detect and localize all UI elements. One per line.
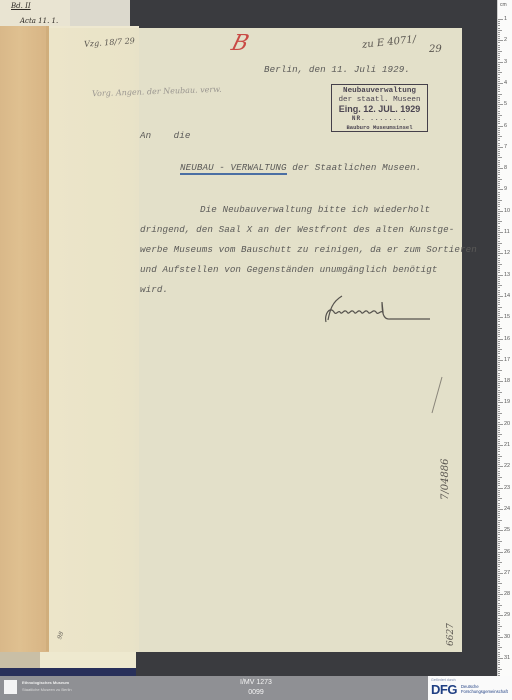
ruler-minor-tick <box>498 258 500 259</box>
ruler-minor-tick <box>498 183 500 184</box>
ruler-tick <box>498 381 503 382</box>
ruler-minor-tick <box>498 213 500 214</box>
recipient-underlined: NEUBAU - VERWALTUNG <box>180 162 287 175</box>
ruler-minor-tick <box>498 68 500 69</box>
ruler-minor-tick <box>498 145 500 146</box>
ruler-minor-tick <box>498 635 500 636</box>
ruler-minor-tick <box>498 81 500 82</box>
ruler-tick <box>498 168 503 169</box>
ruler-tick <box>498 530 503 531</box>
ruler-minor-tick <box>498 590 500 591</box>
ruler-minor-tick <box>498 417 500 418</box>
ruler-minor-tick <box>498 532 500 533</box>
ruler-tick <box>498 62 503 63</box>
stamp-number: NR. ........ <box>332 114 427 123</box>
ruler-minor-tick <box>498 398 500 399</box>
ruler-minor-tick <box>498 198 500 199</box>
ruler-minor-tick <box>498 209 500 210</box>
ruler-minor-tick <box>498 268 500 269</box>
ruler-minor-tick <box>498 603 500 604</box>
ruler-tick <box>498 360 503 361</box>
ruler-minor-tick <box>498 330 500 331</box>
ruler-minor-tick <box>498 228 500 229</box>
ruler-minor-tick <box>498 441 500 442</box>
ruler-tick <box>498 275 503 276</box>
ruler-minor-tick <box>498 277 500 278</box>
ruler-minor-tick <box>498 121 500 122</box>
ruler-number: 17 <box>504 357 510 363</box>
ruler-minor-tick <box>498 413 502 414</box>
ruler-minor-tick <box>498 155 500 156</box>
ruler-minor-tick <box>498 526 500 527</box>
ruler-minor-tick <box>498 556 500 557</box>
ruler-minor-tick <box>498 45 500 46</box>
ruler-minor-tick <box>498 77 500 78</box>
ruler-tick <box>498 552 503 553</box>
ruler-minor-tick <box>498 609 500 610</box>
ruler-number: 20 <box>504 421 510 427</box>
ruler-minor-tick <box>498 394 500 395</box>
ruler-minor-tick <box>498 387 500 388</box>
ruler-minor-tick <box>498 174 500 175</box>
ruler-minor-tick <box>498 543 500 544</box>
body-line-1: Die Neubauverwaltung bitte ich wiederhol… <box>200 204 430 215</box>
ruler-minor-tick <box>498 558 500 559</box>
ruler-tick <box>498 211 503 212</box>
ruler-minor-tick <box>498 632 500 633</box>
ruler-minor-tick <box>498 541 502 542</box>
ruler-minor-tick <box>498 70 500 71</box>
ruler-minor-tick <box>498 579 500 580</box>
ruler-minor-tick <box>498 405 500 406</box>
ruler-minor-tick <box>498 409 500 410</box>
ruler-minor-tick <box>498 200 502 201</box>
ruler-minor-tick <box>498 436 500 437</box>
body-line-3: werbe Museums vom Bauschutt zu reinigen,… <box>140 244 477 255</box>
pencil-stroke <box>430 375 444 415</box>
receipt-stamp: Neubauverwaltung der staatl. Museen Eing… <box>331 84 428 132</box>
ruler-minor-tick <box>498 345 500 346</box>
bottom-blue-edge <box>0 668 136 676</box>
ruler-minor-tick <box>498 477 502 478</box>
ruler-minor-tick <box>498 187 500 188</box>
ruler-minor-tick <box>498 583 502 584</box>
stamp-line-1: Neubauverwaltung <box>332 87 427 96</box>
ruler-minor-tick <box>498 490 500 491</box>
ruler-tick <box>498 594 503 595</box>
ruler-tick <box>498 317 503 318</box>
ruler-number: 11 <box>504 229 510 235</box>
ruler-minor-tick <box>498 315 500 316</box>
ruler-minor-tick <box>498 236 500 237</box>
ruler-minor-tick <box>498 373 500 374</box>
ruler-minor-tick <box>498 562 502 563</box>
ruler-minor-tick <box>498 311 500 312</box>
ruler-minor-tick <box>498 243 502 244</box>
ruler-minor-tick <box>498 241 500 242</box>
ruler-minor-tick <box>498 219 500 220</box>
ruler-minor-tick <box>498 520 502 521</box>
ruler-minor-tick <box>498 102 500 103</box>
ruler-minor-tick <box>498 321 500 322</box>
ruler-minor-tick <box>498 560 500 561</box>
ruler-minor-tick <box>498 106 500 107</box>
ruler-minor-tick <box>498 464 500 465</box>
ruler-number: 3 <box>504 59 507 65</box>
ruler-number: 1 <box>504 16 507 22</box>
ruler-minor-tick <box>498 569 500 570</box>
ruler-minor-tick <box>498 571 500 572</box>
ruler-number: 16 <box>504 336 510 342</box>
ruler-minor-tick <box>498 545 500 546</box>
ruler-minor-tick <box>498 639 500 640</box>
ruler-minor-tick <box>498 605 502 606</box>
ruler-minor-tick <box>498 458 500 459</box>
ruler-minor-tick <box>498 366 500 367</box>
ruler-minor-tick <box>498 539 500 540</box>
ruler-minor-tick <box>498 202 500 203</box>
ruler-minor-tick <box>498 138 500 139</box>
ruler-minor-tick <box>498 547 500 548</box>
ruler-minor-tick <box>498 673 500 674</box>
ruler-minor-tick <box>498 356 500 357</box>
ruler-minor-tick <box>498 123 500 124</box>
ruler-minor-tick <box>498 503 500 504</box>
ruler-minor-tick <box>498 462 500 463</box>
ruler-minor-tick <box>498 656 500 657</box>
ruler-minor-tick <box>498 30 502 31</box>
ruler-minor-tick <box>498 566 500 567</box>
ruler-minor-tick <box>498 23 500 24</box>
ruler-minor-tick <box>498 598 500 599</box>
ruler-minor-tick <box>498 66 500 67</box>
ruler-minor-tick <box>498 649 500 650</box>
ruler-minor-tick <box>498 245 500 246</box>
ruler-minor-tick <box>498 613 500 614</box>
stamp-office: Bauburo Museumsinsel <box>332 123 427 132</box>
ruler-minor-tick <box>498 262 500 263</box>
ruler-number: 9 <box>504 186 507 192</box>
ruler-minor-tick <box>498 185 500 186</box>
ruler-minor-tick <box>498 59 500 60</box>
ruler-minor-tick <box>498 94 502 95</box>
ruler-minor-tick <box>498 223 500 224</box>
ruler-minor-tick <box>498 349 502 350</box>
ruler-minor-tick <box>498 669 502 670</box>
ruler-number: 25 <box>504 527 510 533</box>
ruler-minor-tick <box>498 364 500 365</box>
ruler-number: 27 <box>504 570 510 576</box>
ruler-minor-tick <box>498 151 500 152</box>
ruler-minor-tick <box>498 149 500 150</box>
ruler-minor-tick <box>498 611 500 612</box>
ruler-tick <box>498 658 503 659</box>
ruler-minor-tick <box>498 620 500 621</box>
ruler-minor-tick <box>498 36 500 37</box>
ruler-minor-tick <box>498 28 500 29</box>
ruler-minor-tick <box>498 505 500 506</box>
ruler-minor-tick <box>498 128 500 129</box>
ruler-minor-tick <box>498 368 500 369</box>
ruler-number: 6 <box>504 123 507 129</box>
ruler-minor-tick <box>498 460 500 461</box>
ruler-tick <box>498 126 503 127</box>
ruler-minor-tick <box>498 179 502 180</box>
ruler-minor-tick <box>498 132 500 133</box>
ruler-minor-tick <box>498 652 500 653</box>
ruler-minor-tick <box>498 447 500 448</box>
ruler-minor-tick <box>498 396 500 397</box>
ruler-minor-tick <box>498 432 500 433</box>
date-line: Berlin, den 11. Juli 1929. <box>264 64 410 75</box>
ruler-minor-tick <box>498 115 502 116</box>
ruler-number: 19 <box>504 399 510 405</box>
ruler-minor-tick <box>498 196 500 197</box>
ruler-minor-tick <box>498 426 500 427</box>
recipient-line: NEUBAU - VERWALTUNG der Staatlichen Muse… <box>180 162 421 173</box>
ruler-minor-tick <box>498 475 500 476</box>
ruler-minor-tick <box>498 375 500 376</box>
ruler-minor-tick <box>498 85 500 86</box>
ruler-minor-tick <box>498 400 500 401</box>
ruler-minor-tick <box>498 430 500 431</box>
ruler-minor-tick <box>498 630 500 631</box>
ruler-minor-tick <box>498 91 500 92</box>
ruler-tick <box>498 253 503 254</box>
ruler-minor-tick <box>498 522 500 523</box>
ruler-minor-tick <box>498 379 500 380</box>
ruler-minor-tick <box>498 628 500 629</box>
ruler-number: 24 <box>504 506 510 512</box>
ruler-minor-tick <box>498 575 500 576</box>
ruler-minor-tick <box>498 351 500 352</box>
body-line-5: wird. <box>140 284 168 295</box>
ruler-minor-tick <box>498 96 500 97</box>
ruler-minor-tick <box>498 645 500 646</box>
ruler-minor-tick <box>498 153 500 154</box>
ruler-minor-tick <box>498 353 500 354</box>
ruler-minor-tick <box>498 449 500 450</box>
ruler-minor-tick <box>498 415 500 416</box>
ruler-minor-tick <box>498 177 500 178</box>
ruler-minor-tick <box>498 332 500 333</box>
margin-page-number: 6627 <box>446 623 456 646</box>
ruler-minor-tick <box>498 577 500 578</box>
ruler-minor-tick <box>498 309 500 310</box>
ruler-minor-tick <box>498 592 500 593</box>
ruler-number: 12 <box>504 250 510 256</box>
ruler-minor-tick <box>498 221 502 222</box>
ruler-minor-tick <box>498 336 500 337</box>
ruler-minor-tick <box>498 51 502 52</box>
ruler-minor-tick <box>498 517 500 518</box>
ruler-tick <box>498 296 503 297</box>
ruler-minor-tick <box>498 390 500 391</box>
body-line-2: dringend, den Saal X an der Westfront de… <box>140 224 454 235</box>
margin-inventory-number: 7/04886 <box>440 458 451 500</box>
ruler-minor-tick <box>498 626 502 627</box>
ruler-minor-tick <box>498 32 500 33</box>
ruler-minor-tick <box>498 454 500 455</box>
ruler-minor-tick <box>498 134 500 135</box>
ruler-minor-tick <box>498 554 500 555</box>
ruler-number: 26 <box>504 549 510 555</box>
ruler-minor-tick <box>498 113 500 114</box>
ruler-minor-tick <box>498 302 500 303</box>
cm-ruler: cm 1234567891011121314151617181920212223… <box>497 0 512 676</box>
ruler-minor-tick <box>498 385 500 386</box>
ruler-minor-tick <box>498 230 500 231</box>
ruler-tick <box>498 232 503 233</box>
ruler-minor-tick <box>498 468 500 469</box>
ruler-unit: cm <box>500 2 507 8</box>
ruler-minor-tick <box>498 319 500 320</box>
ruler-minor-tick <box>498 443 500 444</box>
ruler-minor-tick <box>498 667 500 668</box>
ruler-minor-tick <box>498 500 500 501</box>
ruler-minor-tick <box>498 38 500 39</box>
ruler-minor-tick <box>498 347 500 348</box>
ruler-minor-tick <box>498 160 500 161</box>
ruler-minor-tick <box>498 392 502 393</box>
ruler-tick <box>498 189 503 190</box>
ruler-minor-tick <box>498 664 500 665</box>
ruler-minor-tick <box>498 341 500 342</box>
ruler-minor-tick <box>498 79 500 80</box>
ruler-minor-tick <box>498 358 500 359</box>
ruler-minor-tick <box>498 217 500 218</box>
ruler-tick <box>498 637 503 638</box>
ruler-number: 4 <box>504 80 507 86</box>
ruler-minor-tick <box>498 662 500 663</box>
ruler-minor-tick <box>498 162 500 163</box>
ruler-minor-tick <box>498 249 500 250</box>
ruler-tick <box>498 40 503 41</box>
ruler-minor-tick <box>498 370 502 371</box>
ruler-minor-tick <box>498 537 500 538</box>
ruler-number: 30 <box>504 634 510 640</box>
ruler-minor-tick <box>498 251 500 252</box>
ruler-minor-tick <box>498 456 502 457</box>
salutation: An die <box>140 130 191 141</box>
ruler-tick <box>498 147 503 148</box>
ruler-minor-tick <box>498 528 500 529</box>
ruler-tick <box>498 104 503 105</box>
ruler-minor-tick <box>498 64 500 65</box>
ruler-minor-tick <box>498 515 500 516</box>
ruler-minor-tick <box>498 313 500 314</box>
ruler-minor-tick <box>498 234 500 235</box>
ruler-minor-tick <box>498 326 500 327</box>
pencil-reference-year: 29 <box>429 44 442 55</box>
ruler-minor-tick <box>498 422 500 423</box>
dfg-logo-box: Gefördert durch DFG Deutsche Forschungsg… <box>428 676 512 700</box>
ruler-minor-tick <box>498 549 500 550</box>
ruler-minor-tick <box>498 300 500 301</box>
ruler-number: 14 <box>504 293 510 299</box>
footer-bar: Ethnologisches Museum Staatliche Museen … <box>0 676 512 700</box>
ruler-minor-tick <box>498 377 500 378</box>
ruler-minor-tick <box>498 328 502 329</box>
dfg-name-line2: Forschungsgemeinschaft <box>461 689 508 694</box>
ruler-minor-tick <box>498 473 500 474</box>
ruler-minor-tick <box>498 170 500 171</box>
ruler-number: 10 <box>504 208 510 214</box>
ruler-number: 31 <box>504 655 510 661</box>
ruler-minor-tick <box>498 238 500 239</box>
ruler-minor-tick <box>498 272 500 273</box>
ruler-minor-tick <box>498 264 502 265</box>
ruler-minor-tick <box>498 383 500 384</box>
ruler-minor-tick <box>498 654 500 655</box>
ruler-tick <box>498 488 503 489</box>
ruler-tick <box>498 424 503 425</box>
ruler-minor-tick <box>498 100 500 101</box>
ruler-minor-tick <box>498 596 500 597</box>
ruler-minor-tick <box>498 260 500 261</box>
ruler-tick <box>498 19 503 20</box>
ruler-minor-tick <box>498 25 500 26</box>
ruler-minor-tick <box>498 87 500 88</box>
ruler-minor-tick <box>498 266 500 267</box>
ruler-number: 13 <box>504 272 510 278</box>
ruler-minor-tick <box>498 98 500 99</box>
ruler-minor-tick <box>498 206 500 207</box>
ruler-minor-tick <box>498 192 500 193</box>
ruler-minor-tick <box>498 324 500 325</box>
folder-cover <box>0 26 49 676</box>
ruler-minor-tick <box>498 588 500 589</box>
ruler-minor-tick <box>498 204 500 205</box>
ruler-minor-tick <box>498 581 500 582</box>
scan-image: Bd. II Acta 11. 1. Vzg. 18/7 29 Vorg. An… <box>0 0 497 676</box>
ruler-minor-tick <box>498 55 500 56</box>
ruler-minor-tick <box>498 607 500 608</box>
ruler-number: 18 <box>504 378 510 384</box>
ruler-minor-tick <box>498 194 500 195</box>
ruler-minor-tick <box>498 511 500 512</box>
ruler-minor-tick <box>498 285 502 286</box>
ruler-minor-tick <box>498 507 500 508</box>
ruler-number: 2 <box>504 37 507 43</box>
ruler-minor-tick <box>498 215 500 216</box>
ruler-number: 22 <box>504 463 510 469</box>
ruler-minor-tick <box>498 660 500 661</box>
ruler-minor-tick <box>498 671 500 672</box>
ruler-minor-tick <box>498 496 500 497</box>
ruler-minor-tick <box>498 166 500 167</box>
recipient-rest: der Staatlichen Museen. <box>287 162 422 173</box>
ruler-minor-tick <box>498 290 500 291</box>
ruler-minor-tick <box>498 287 500 288</box>
body-line-4: und Aufstellen von Gegenständen unumgäng… <box>140 264 438 275</box>
ruler-minor-tick <box>498 226 500 227</box>
ruler-minor-tick <box>498 298 500 299</box>
ruler-minor-tick <box>498 334 500 335</box>
ruler-minor-tick <box>498 494 500 495</box>
ruler-minor-tick <box>498 428 500 429</box>
ruler-minor-tick <box>498 140 500 141</box>
ruler-minor-tick <box>498 57 500 58</box>
ruler-minor-tick <box>498 143 500 144</box>
ruler-number: 29 <box>504 612 510 618</box>
ruler-minor-tick <box>498 485 500 486</box>
ruler-number: 7 <box>504 144 507 150</box>
ruler-minor-tick <box>498 451 500 452</box>
ruler-minor-tick <box>498 53 500 54</box>
ruler-minor-tick <box>498 72 502 73</box>
ruler-minor-tick <box>498 21 500 22</box>
